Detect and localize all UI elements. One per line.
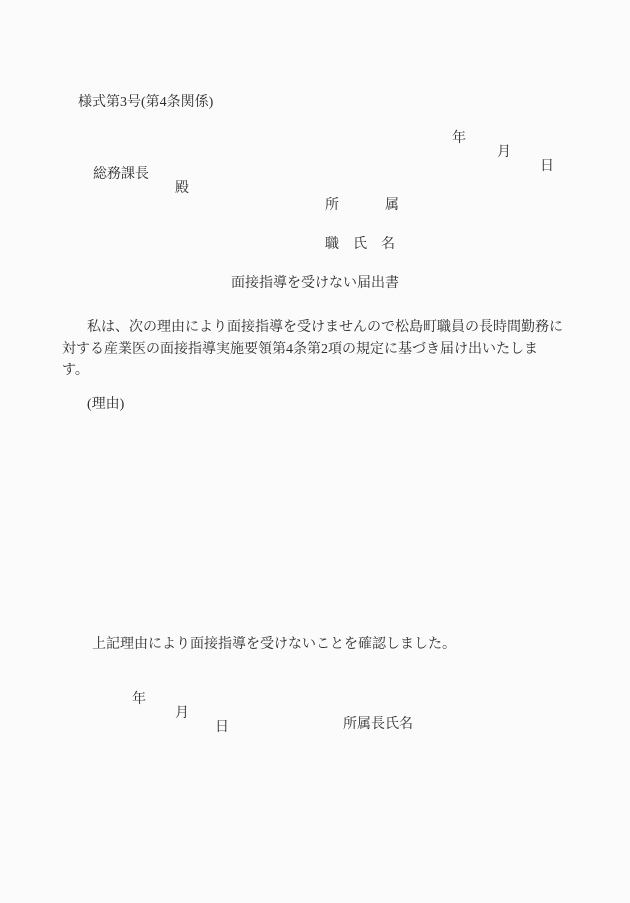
supervisor-name-label: 所属長氏名 [343, 718, 413, 732]
addressee-title: 総務課長 [93, 168, 149, 182]
day-label-bottom: 日 [215, 721, 229, 735]
body-line: 対する産業医の面接指導実施要領第4条第2項の規定に基づき届け出いたしま [62, 339, 562, 361]
affiliation-label: 所 属 [325, 199, 400, 213]
addressee-line: 総務課長 殿 [0, 154, 630, 170]
document-title: 面接指導を受けない届出書 [0, 277, 630, 291]
body-line: す。 [62, 360, 562, 382]
confirmation-text: 上記理由により面接指導を受けないことを確認しました。 [92, 638, 456, 652]
body-paragraph: 私は、次の理由により面接指導を受けませんので松島町職員の長時間勤務に 対する産業… [62, 317, 562, 382]
year-label-bottom: 年 [132, 693, 146, 707]
month-label-bottom: 月 [175, 707, 189, 721]
reason-label: (理由) [87, 398, 124, 412]
addressee-honorific: 殿 [175, 182, 189, 196]
position-name-label: 職 氏 名 [325, 238, 395, 252]
date-line-top: 年 月 日 [0, 118, 630, 134]
body-line: 私は、次の理由により面接指導を受けませんので松島町職員の長時間勤務に [62, 317, 562, 339]
date-line-bottom: 年 月 日 [0, 679, 630, 695]
form-number: 様式第3号(第4条関係) [78, 96, 213, 110]
year-label-top: 年 [452, 132, 466, 146]
form-page: 様式第3号(第4条関係) 年 月 日 総務課長 殿 所 属 職 氏 名 面接指導… [0, 0, 630, 903]
